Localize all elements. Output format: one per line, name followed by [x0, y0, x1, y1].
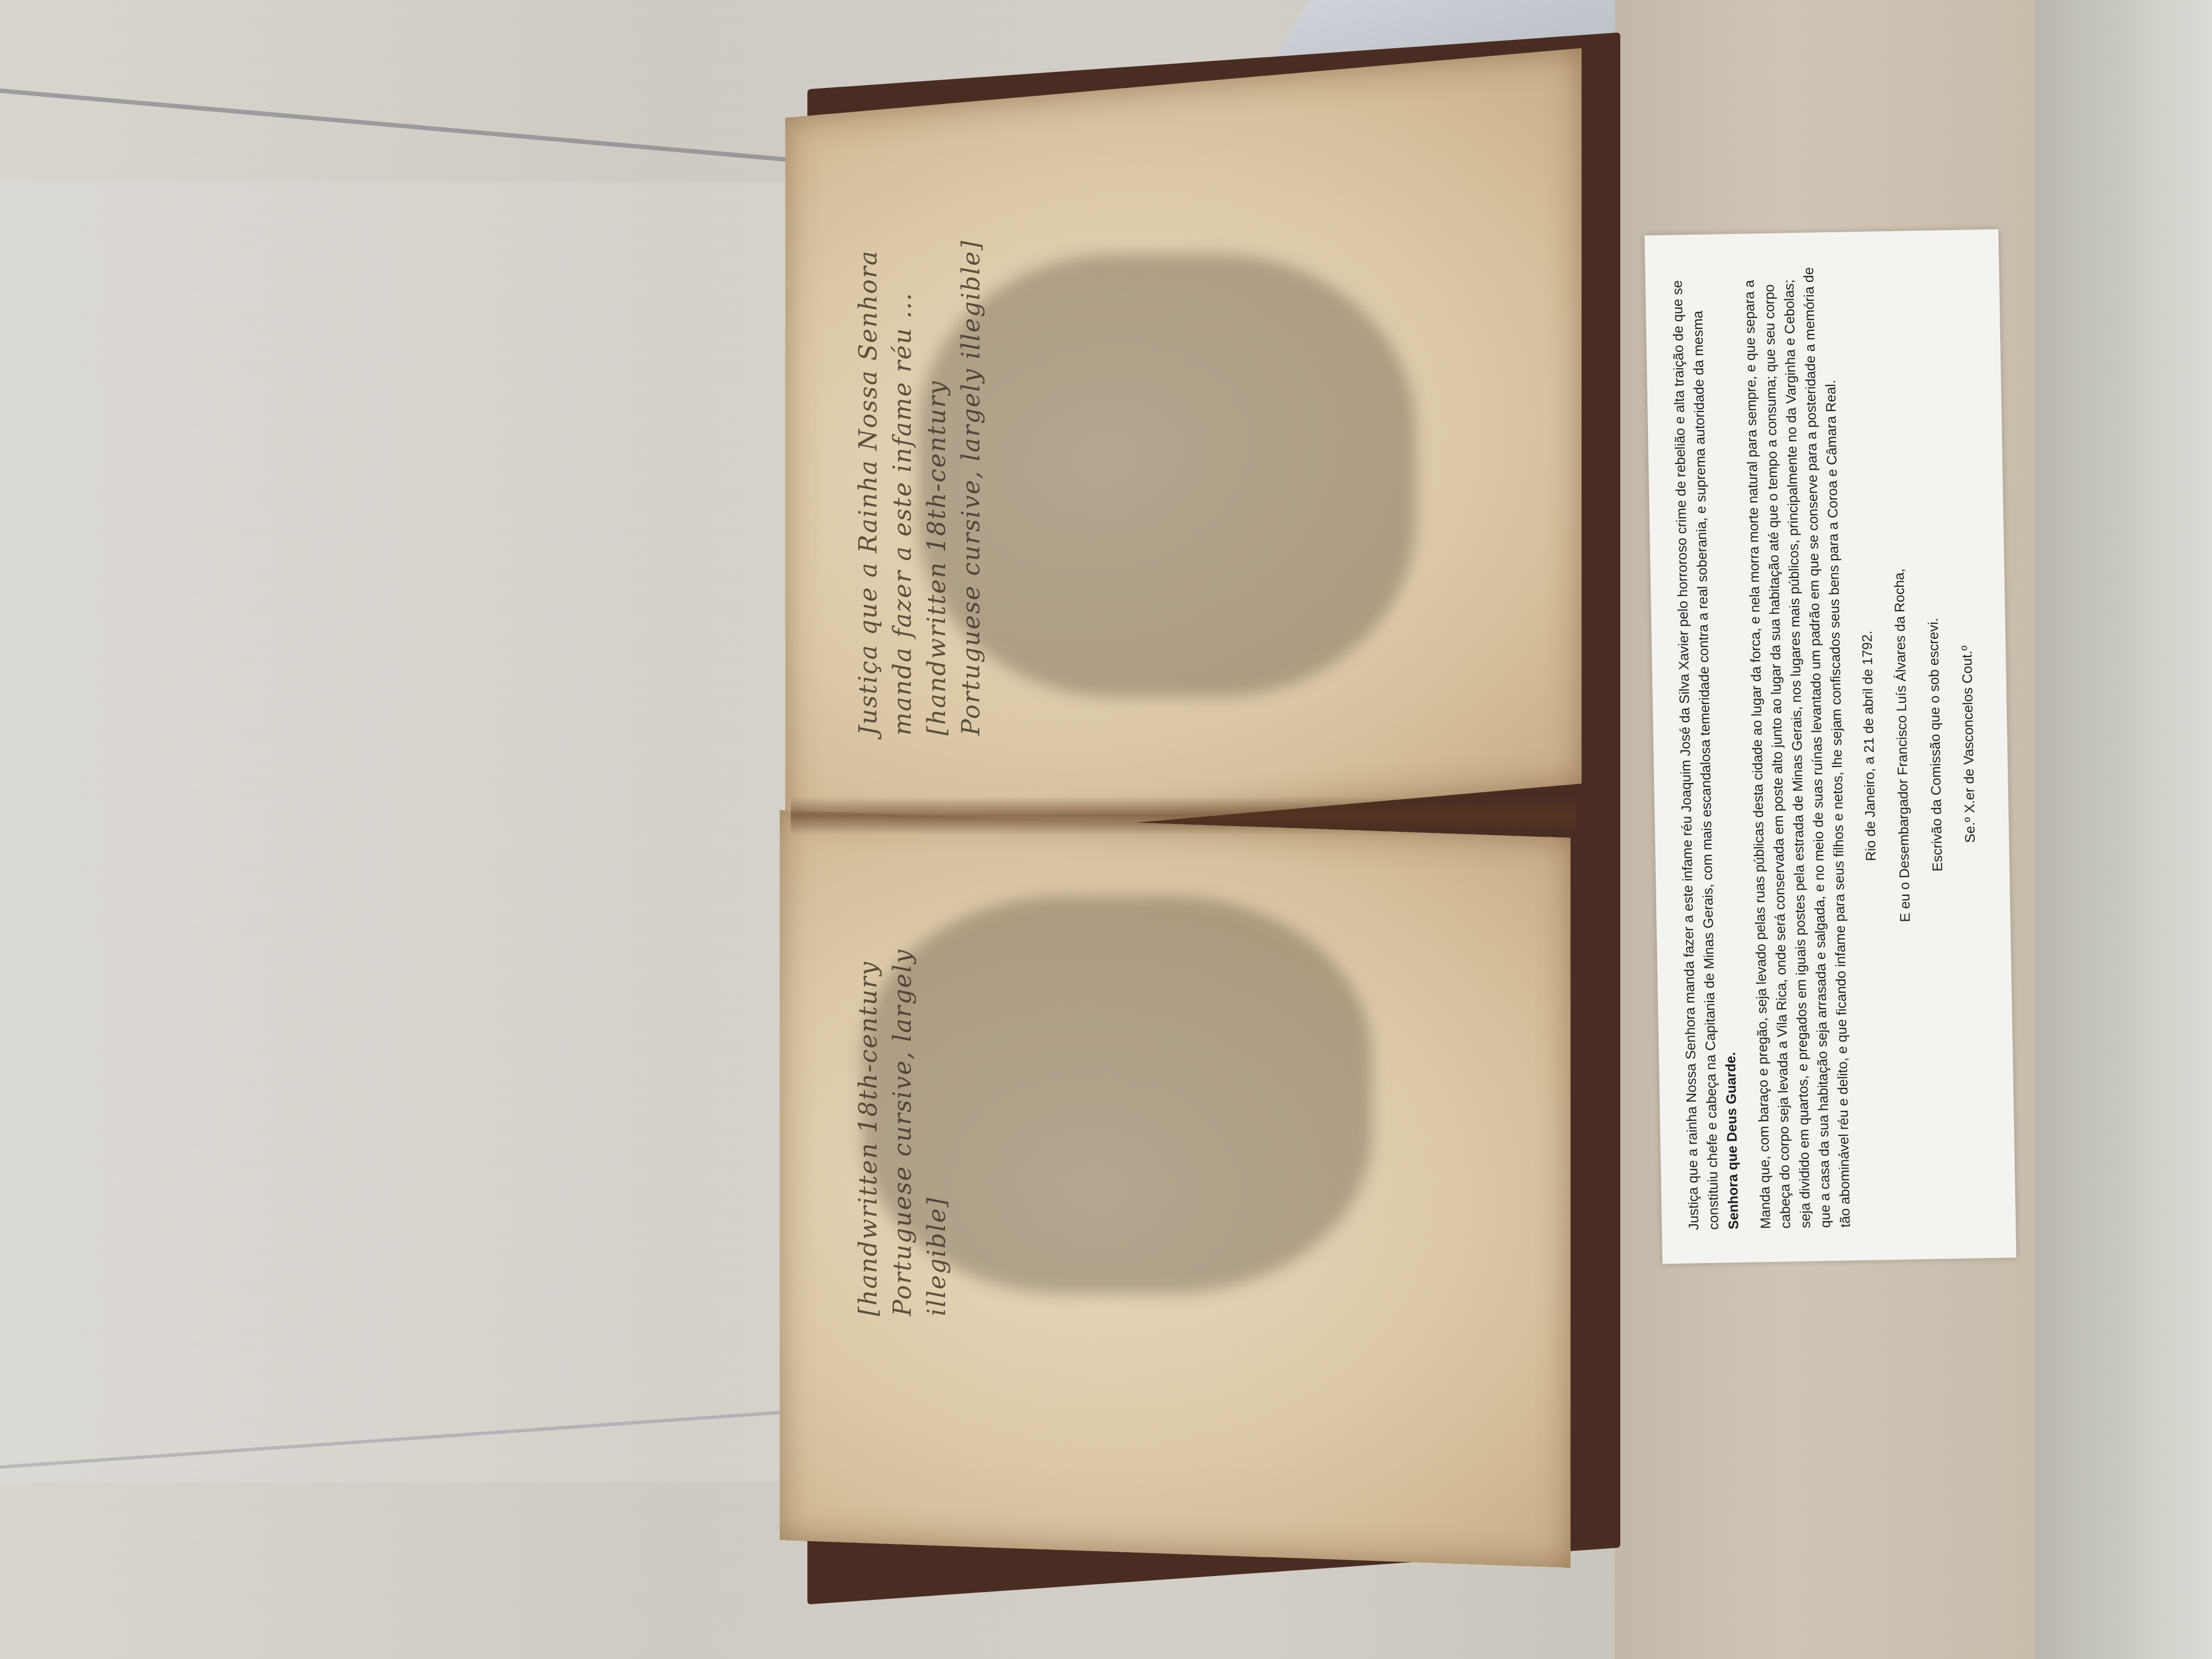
- placard-para1-text: Justiça que a rainha Nossa Senhora manda…: [1670, 280, 1721, 1230]
- placard-signer: E eu o Desembargador Francisco Luís Álva…: [1884, 264, 1921, 1227]
- placard-signature: Se.º X.er de Vasconcelos Cout.º: [1950, 263, 1987, 1225]
- transcription-placard: Justiça que a rainha Nossa Senhora manda…: [1645, 229, 2016, 1264]
- placard-role: Escrivão da Comissão que o sob escrevi.: [1917, 264, 1954, 1226]
- book-gutter: [791, 796, 1576, 835]
- placard-para1-end: Senhora que Deus Guarde.: [1723, 1052, 1742, 1229]
- case-frame: [2035, 0, 2212, 1659]
- placard-paragraph-2: Manda que, com baraço e pregão, seja lev…: [1739, 265, 1855, 1229]
- manuscript-text-left-page: [handwritten 18th-century Portuguese cur…: [852, 885, 1405, 1316]
- manuscript-text-right-page: Justiça que a Rainha Nossa Senhora manda…: [852, 238, 1571, 735]
- placard-paragraph-1: Justiça que a rainha Nossa Senhora manda…: [1667, 267, 1744, 1230]
- placard-date: Rio de Janeiro, a 21 de abril de 1792.: [1851, 265, 1887, 1227]
- glass-reflection: [0, 182, 830, 1482]
